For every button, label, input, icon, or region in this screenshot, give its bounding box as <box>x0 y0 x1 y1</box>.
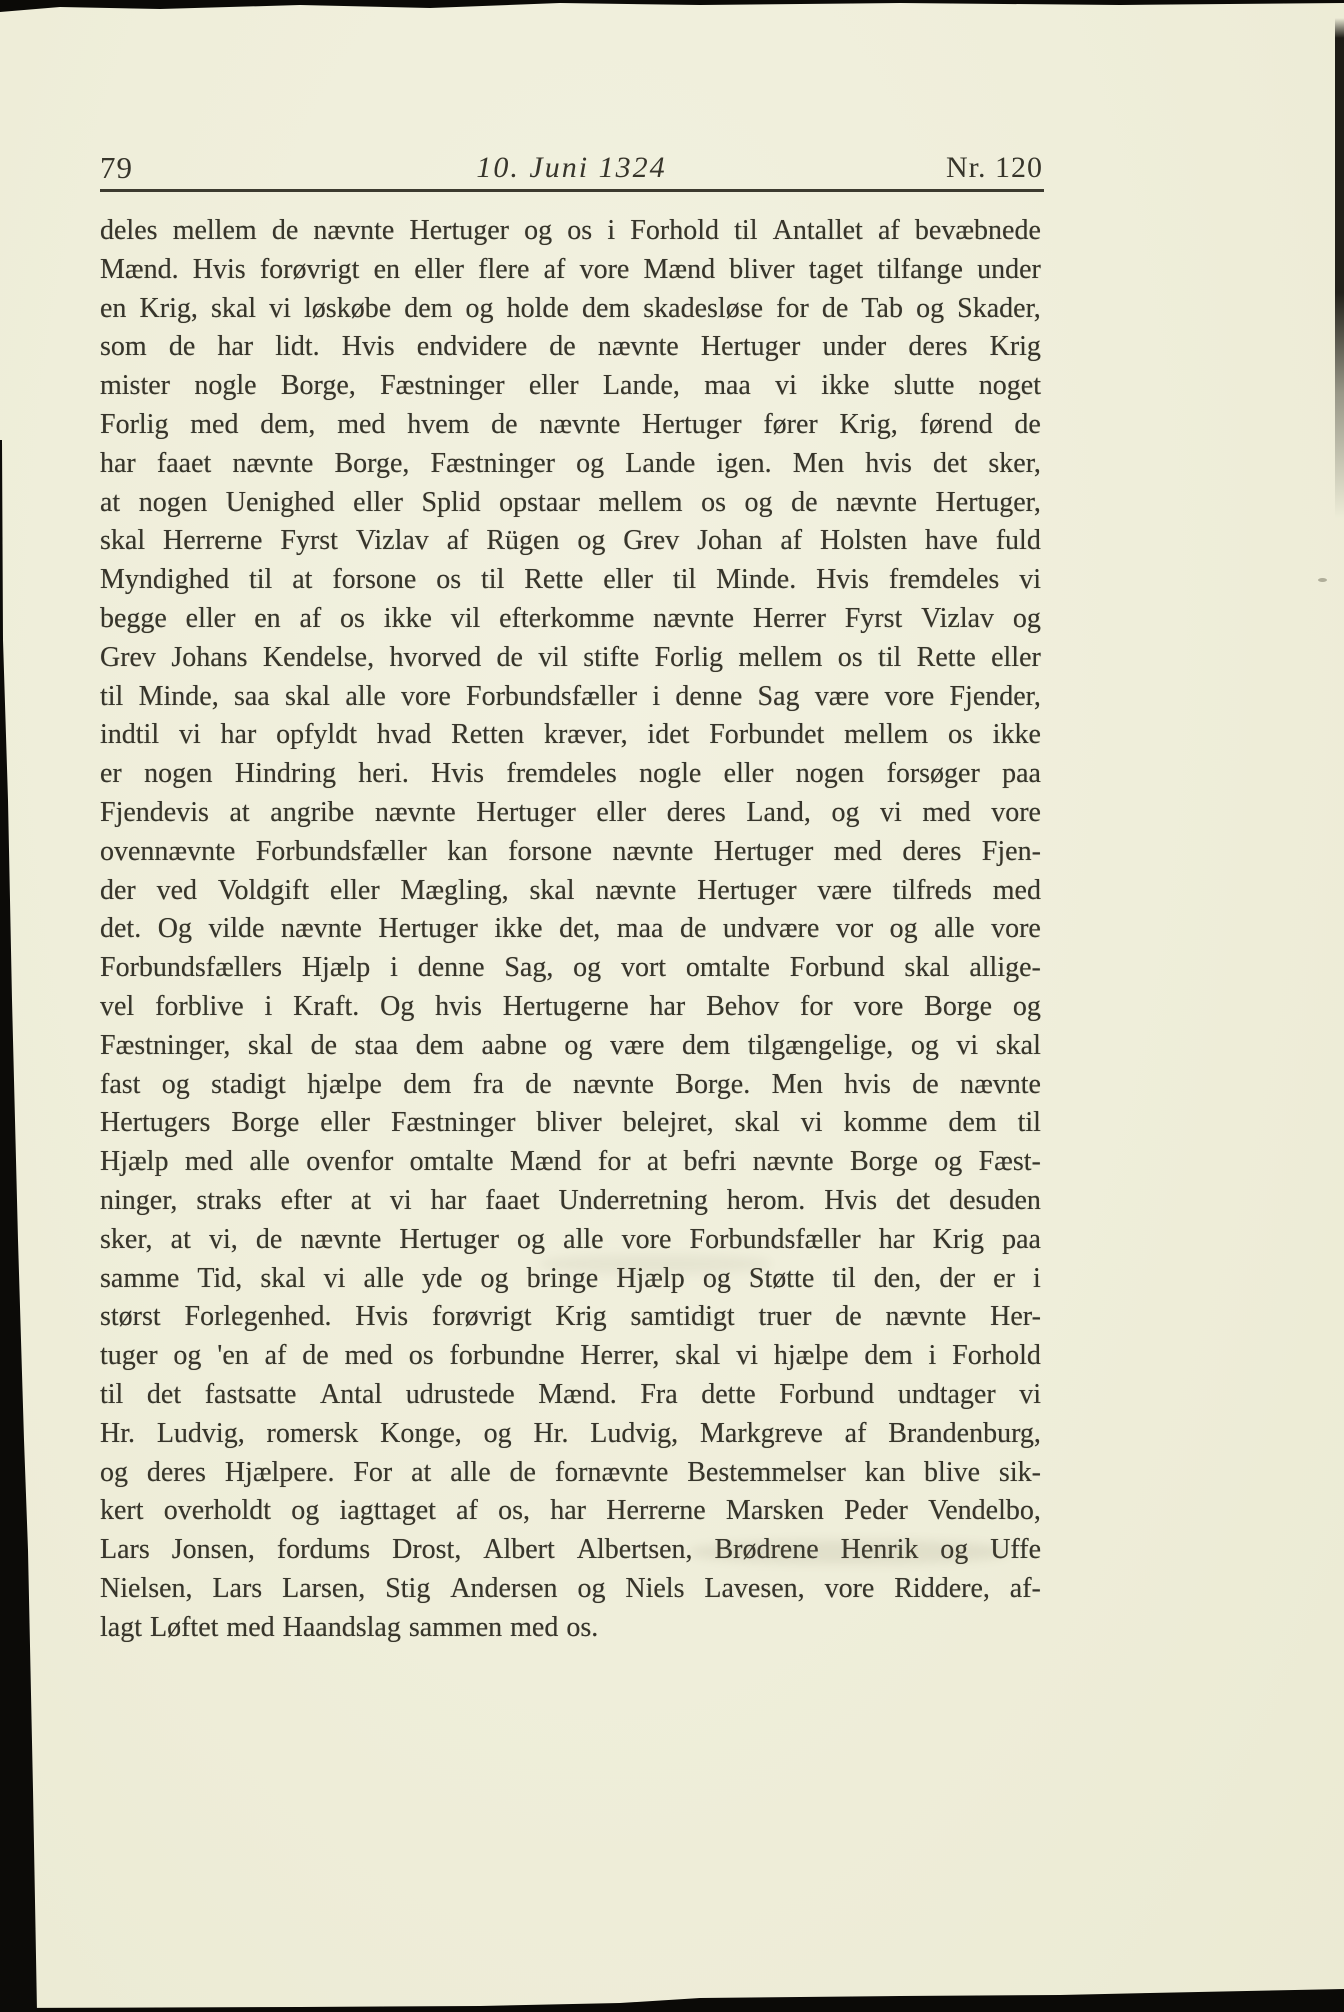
text-line: HjælpmedalleovenforomtalteMændforatbefri… <box>100 1143 1041 1182</box>
text-line: beggeellerenafosikkevilefterkommenævnteH… <box>100 600 1041 639</box>
text-line: kertoverholdtogiagttagetafos,harHerrerne… <box>100 1492 1041 1531</box>
text-line: FjendevisatangribenævnteHertugerellerder… <box>100 794 1041 833</box>
text-line: tildetfastsatteAntaludrustedeMænd.Fradet… <box>100 1376 1041 1415</box>
text-line: delesmellemdenævnteHertugerogosiForholdt… <box>100 212 1041 251</box>
bleedthrough-smudge <box>690 1540 1010 1564</box>
text-line: tugerog'enafdemedosforbundneHerrer,skalv… <box>100 1337 1041 1376</box>
bleedthrough-smudge <box>540 1254 770 1274</box>
text-line: Hr.Ludvig,romerskKonge,ogHr.Ludvig,Markg… <box>100 1415 1041 1454</box>
text-line: HertugersBorgeellerFæstningerbliverbelej… <box>100 1104 1041 1143</box>
header-document-number: Nr. 120 <box>946 150 1043 186</box>
header-date: 10. Juni 1324 <box>100 150 1043 186</box>
text-line: Fæstninger,skaldestaademaabneogværedemti… <box>100 1027 1041 1066</box>
text-line: tilMinde,saaskalallevoreForbundsfællerid… <box>100 678 1041 717</box>
text-line: harfaaetnævnteBorge,FæstningerogLandeige… <box>100 445 1041 484</box>
text-line: Mænd.HvisforøvrigtenellerflereafvoreMænd… <box>100 251 1041 290</box>
body-text: delesmellemdenævnteHertugerogosiForholdt… <box>100 212 1041 1647</box>
text-line: GrevJohansKendelse,hvorveddevilstifteFor… <box>100 639 1041 678</box>
text-line: velforbliveiKraft.OghvisHertugerneharBeh… <box>100 988 1041 1027</box>
text-line: størstForlegenhed.HvisforøvrigtKrigsamti… <box>100 1298 1041 1337</box>
text-line: sker,atvi,denævnteHertugerogallevoreForb… <box>100 1221 1041 1260</box>
scan-speck <box>1318 578 1327 582</box>
scan-artifact-top-bar <box>0 0 1344 14</box>
text-line: ForbundsfællersHjælpidenneSag,ogvortomta… <box>100 949 1041 988</box>
text-line: Nielsen,LarsLarsen,StigAndersenogNielsLa… <box>100 1570 1041 1609</box>
text-line: indtilviharopfyldthvadRettenkræver,idetF… <box>100 716 1041 755</box>
text-line: det.OgvildenævnteHertugerikkedet,maadeun… <box>100 910 1041 949</box>
text-line: ovennævnteForbundsfællerkanforsonenævnte… <box>100 833 1041 872</box>
page-header: 79 10. Juni 1324 Nr. 120 <box>100 150 1043 188</box>
scan-artifact-right-edge <box>1335 18 1344 518</box>
header-rule <box>100 189 1044 192</box>
scanned-page: 79 10. Juni 1324 Nr. 120 delesmellemdenæ… <box>0 0 1344 2012</box>
text-line: Forligmeddem,medhvemdenævnteHertugerføre… <box>100 406 1041 445</box>
text-line: lagtLøftetmedHaandslagsammenmedos. <box>100 1609 1041 1648</box>
scan-artifact-bottom-bar <box>0 1982 1344 2012</box>
text-line: MyndighedtilatforsoneostilRetteellertilM… <box>100 561 1041 600</box>
text-line: ernogenHindringheri.Hvisfremdelesnogleel… <box>100 755 1041 794</box>
text-line: enKrig,skalviløskøbedemogholdedemskadesl… <box>100 290 1041 329</box>
text-line: ogderesHjælpere.ForatalledefornævnteBest… <box>100 1454 1041 1493</box>
text-line: ninger,straksefteratviharfaaetUnderretni… <box>100 1182 1041 1221</box>
text-line: atnogenUenighedellerSplidopstaarmellemos… <box>100 484 1041 523</box>
scan-artifact-left-edge <box>0 440 40 2012</box>
text-line: misternogleBorge,FæstningerellerLande,ma… <box>100 367 1041 406</box>
text-line: somdeharlidt.HvisendvideredenævnteHertug… <box>100 328 1041 367</box>
text-line: dervedVoldgiftellerMægling,skalnævnteHer… <box>100 872 1041 911</box>
text-line: skalHerrerneFyrstVizlavafRügenogGrevJoha… <box>100 522 1041 561</box>
text-line: fastogstadigthjælpedemfradenævnteBorge.M… <box>100 1066 1041 1105</box>
